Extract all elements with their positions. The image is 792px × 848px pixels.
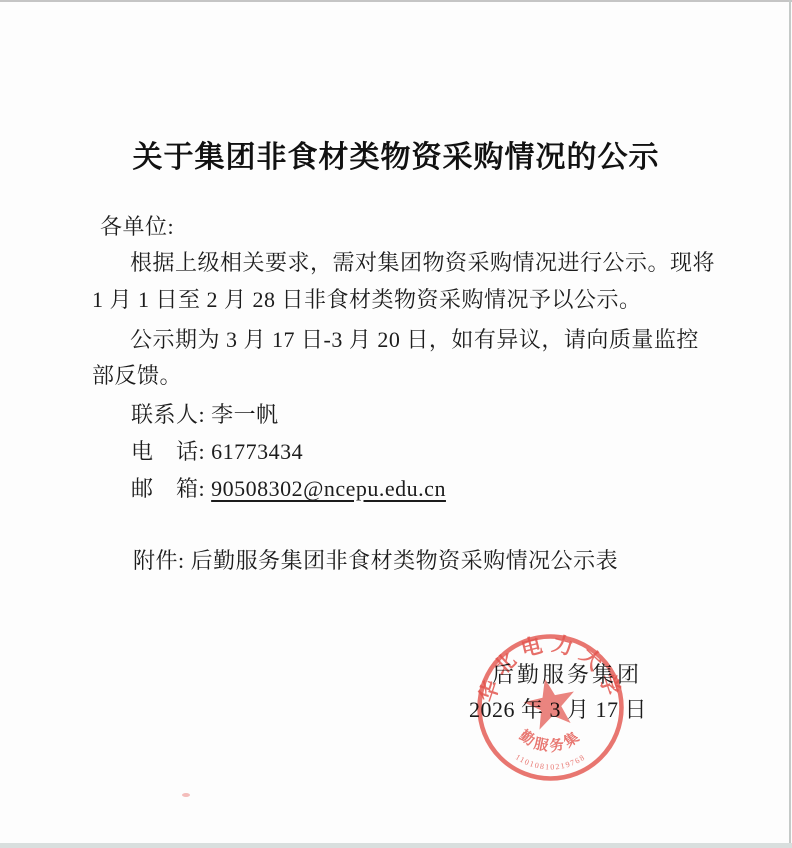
- salutation-line: 各单位:: [100, 215, 174, 239]
- seal-serial-number: 11010810219768: [514, 752, 587, 771]
- email-address: 90508302@ncepu.edu.cn: [211, 476, 446, 501]
- scan-edge-bottom: [0, 843, 792, 848]
- scan-edge-right: [789, 0, 791, 848]
- official-seal: 华北电力大学 后勤服务集团 11010810219768: [476, 629, 625, 786]
- svg-text:11010810219768: 11010810219768: [514, 752, 587, 771]
- email-label: 邮 箱:: [131, 476, 211, 501]
- body-paragraph1-line1: 根据上级相关要求，需对集团物资采购情况进行公示。现将: [130, 251, 715, 275]
- ink-smudge: [182, 793, 190, 797]
- scan-edge-top: [0, 0, 792, 2]
- attachment-line: 附件: 后勤服务集团非食材类物资采购情况公示表: [133, 549, 618, 573]
- scanned-notice-page: 关于集团非食材类物资采购情况的公示 各单位: 根据上级相关要求，需对集团物资采购…: [0, 0, 792, 848]
- seal-star: [520, 673, 580, 731]
- body-paragraph1-line2: 1 月 1 日至 2 月 28 日非食材类物资采购情况予以公示。: [92, 288, 642, 312]
- contact-email-line: 邮 箱: 90508302@ncepu.edu.cn: [131, 477, 446, 501]
- contact-person-line: 联系人: 李一帆: [131, 403, 279, 427]
- body-paragraph2-line1: 公示期为 3 月 17 日-3 月 20 日，如有异议，请向质量监控: [130, 328, 699, 352]
- document-title: 关于集团非食材类物资采购情况的公示: [0, 132, 792, 176]
- body-paragraph2-line2: 部反馈。: [92, 364, 182, 388]
- contact-phone-line: 电 话: 61773434: [131, 440, 303, 464]
